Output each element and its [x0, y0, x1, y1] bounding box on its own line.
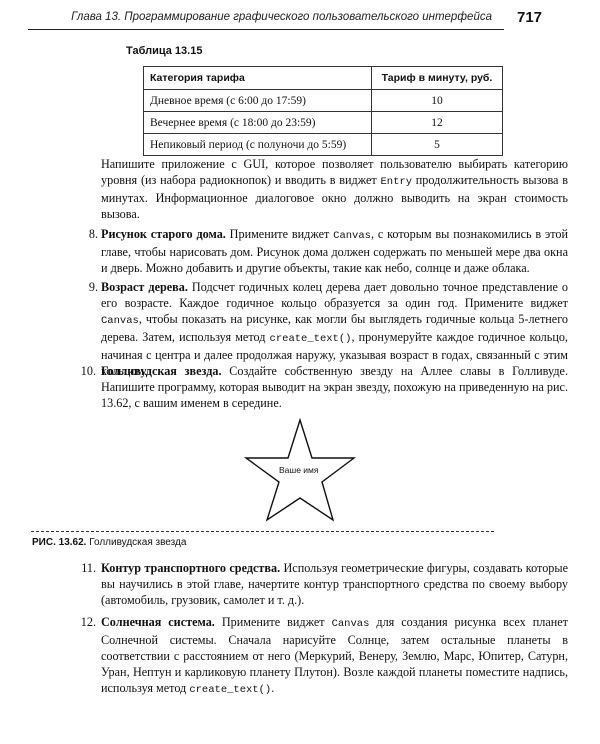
running-head: Глава 13. Программирование графического … [28, 5, 504, 30]
inline-code: Canvas [332, 618, 370, 630]
column-header-category: Категория тарифа [144, 67, 372, 90]
item-number: 10. [76, 363, 96, 379]
item-number: 12. [76, 614, 96, 630]
page-number: 717 [517, 9, 542, 26]
item-number: 9. [80, 279, 98, 295]
item-number: 8. [80, 226, 98, 242]
cell-rate: 10 [372, 90, 503, 112]
cell-rate: 5 [372, 134, 503, 156]
item-title: Возраст дерева. [101, 280, 188, 294]
inline-code: Canvas [101, 315, 139, 327]
exercise-item-11: 11. Контур транспортного средства. Испол… [80, 560, 568, 608]
star-label: Ваше имя [279, 465, 319, 475]
exercise-item-10: 10. Голливудская звезда. Создайте собств… [80, 363, 568, 411]
figure-divider [31, 531, 494, 532]
inline-code: Entry [380, 176, 412, 188]
figure-hollywood-star: Ваше имя [0, 410, 600, 530]
cell-category: Вечернее время (с 18:00 до 23:59) [144, 112, 372, 134]
exercise-item-8: 8. Рисунок старого дома. Примените видже… [80, 226, 568, 276]
item-title: Контур транспортного средства. [101, 561, 280, 575]
inline-code: Canvas [333, 230, 371, 242]
table-row: Непиковый период (с полуночи до 5:59) 5 [144, 134, 503, 156]
figure-caption-text: Голливудская звезда [86, 537, 186, 548]
item-text: . [271, 681, 274, 695]
chapter-title: Глава 13. Программирование графического … [71, 11, 492, 23]
item-number: 11. [76, 560, 96, 576]
cell-category: Дневное время (с 6:00 до 17:59) [144, 90, 372, 112]
item-title: Рисунок старого дома. [101, 227, 226, 241]
item-text: Примените виджет [215, 615, 332, 629]
figure-caption-label: РИС. 13.62. [32, 537, 86, 548]
table-caption: Таблица 13.15 [126, 45, 202, 57]
exercise-item-12: 12. Солнечная система. Примените виджет … [80, 614, 568, 698]
table-row: Вечернее время (с 18:00 до 23:59) 12 [144, 112, 503, 134]
figure-caption: РИС. 13.62. Голливудская звезда [32, 537, 186, 548]
table-header-row: Категория тарифа Тариф в минуту, руб. [144, 67, 503, 90]
inline-code: create_text() [189, 684, 271, 696]
item-text: Примените виджет [226, 227, 333, 241]
inline-code: create_text() [270, 333, 352, 345]
item-title: Солнечная система. [101, 615, 215, 629]
tariff-table: Категория тарифа Тариф в минуту, руб. Дн… [143, 66, 503, 156]
table-row: Дневное время (с 6:00 до 17:59) 10 [144, 90, 503, 112]
intro-paragraph: Напишите приложение с GUI, которое позво… [101, 156, 568, 222]
item-title: Голливудская звезда. [101, 364, 222, 378]
cell-category: Непиковый период (с полуночи до 5:59) [144, 134, 372, 156]
cell-rate: 12 [372, 112, 503, 134]
column-header-rate: Тариф в минуту, руб. [372, 67, 503, 90]
